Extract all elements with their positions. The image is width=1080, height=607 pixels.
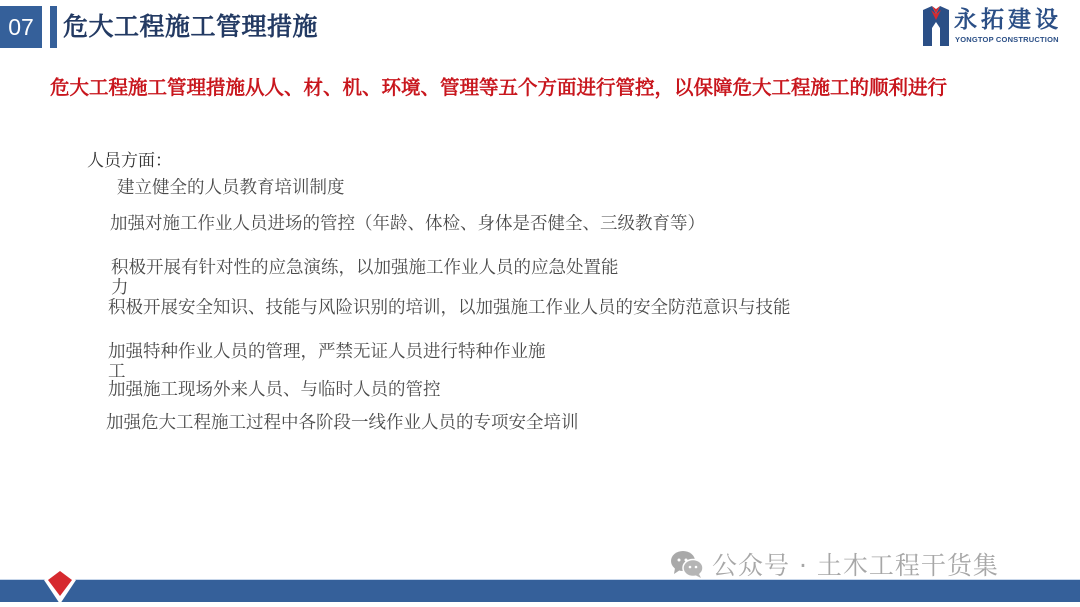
section-number-badge: 07	[0, 6, 42, 48]
section-heading: 人员方面：	[87, 146, 172, 171]
watermark-text: 公众号 · 土木工程干货集	[712, 546, 999, 582]
list-item: 加强施工现场外来人员、与临时人员的管控	[108, 380, 441, 400]
diamond-emblem-icon	[40, 566, 80, 606]
watermark: 公众号 · 土木工程干货集	[670, 547, 999, 581]
lead-statement: 危大工程施工管理措施从人、材、机、环境、管理等五个方面进行管控，以保障危大工程施…	[50, 74, 1010, 101]
bottom-band	[0, 580, 1080, 602]
list-item-text: 积极开展安全知识、技能与风险识别的培训，以加强施工作业人员的安全防范意识与技能	[108, 298, 791, 318]
list-item-text: 加强对施工作业人员进场的管控（年龄、体检、身体是否健全、三级教育等）	[110, 214, 705, 234]
logo-emblem-icon	[923, 6, 949, 46]
list-item-overflow-text: 力	[111, 278, 619, 298]
list-item-text: 积极开展有针对性的应急演练，以加强施工作业人员的应急处置能	[111, 258, 619, 278]
wechat-icon	[670, 549, 704, 579]
list-item: 建立健全的人员教育培训制度	[117, 178, 345, 198]
list-item: 加强对施工作业人员进场的管控（年龄、体检、身体是否健全、三级教育等）	[110, 214, 705, 234]
title-accent-bar	[50, 6, 57, 48]
list-item: 积极开展有针对性的应急演练，以加强施工作业人员的应急处置能 力	[111, 258, 619, 298]
list-item-text: 加强特种作业人员的管理，严禁无证人员进行特种作业施	[108, 342, 546, 362]
list-item-text: 加强施工现场外来人员、与临时人员的管控	[108, 380, 441, 400]
company-logo: 永拓建设 YONGTOP CONSTRUCTION	[923, 6, 1073, 48]
list-item-text: 建立健全的人员教育培训制度	[117, 178, 345, 198]
list-item: 积极开展安全知识、技能与风险识别的培训，以加强施工作业人员的安全防范意识与技能	[108, 298, 791, 318]
list-item-text: 加强危大工程施工过程中各阶段一线作业人员的专项安全培训	[106, 413, 579, 433]
logo-name-cn: 永拓建设	[954, 6, 1062, 34]
slide: 07 危大工程施工管理措施 永拓建设 YONGTOP CONSTRUCTION …	[0, 0, 1080, 607]
list-item: 加强特种作业人员的管理，严禁无证人员进行特种作业施 工	[108, 342, 546, 382]
logo-name-en: YONGTOP CONSTRUCTION	[955, 35, 1059, 44]
list-item-overflow-text: 工	[108, 362, 546, 382]
page-title: 危大工程施工管理措施	[63, 6, 318, 48]
list-item: 加强危大工程施工过程中各阶段一线作业人员的专项安全培训	[106, 413, 579, 433]
